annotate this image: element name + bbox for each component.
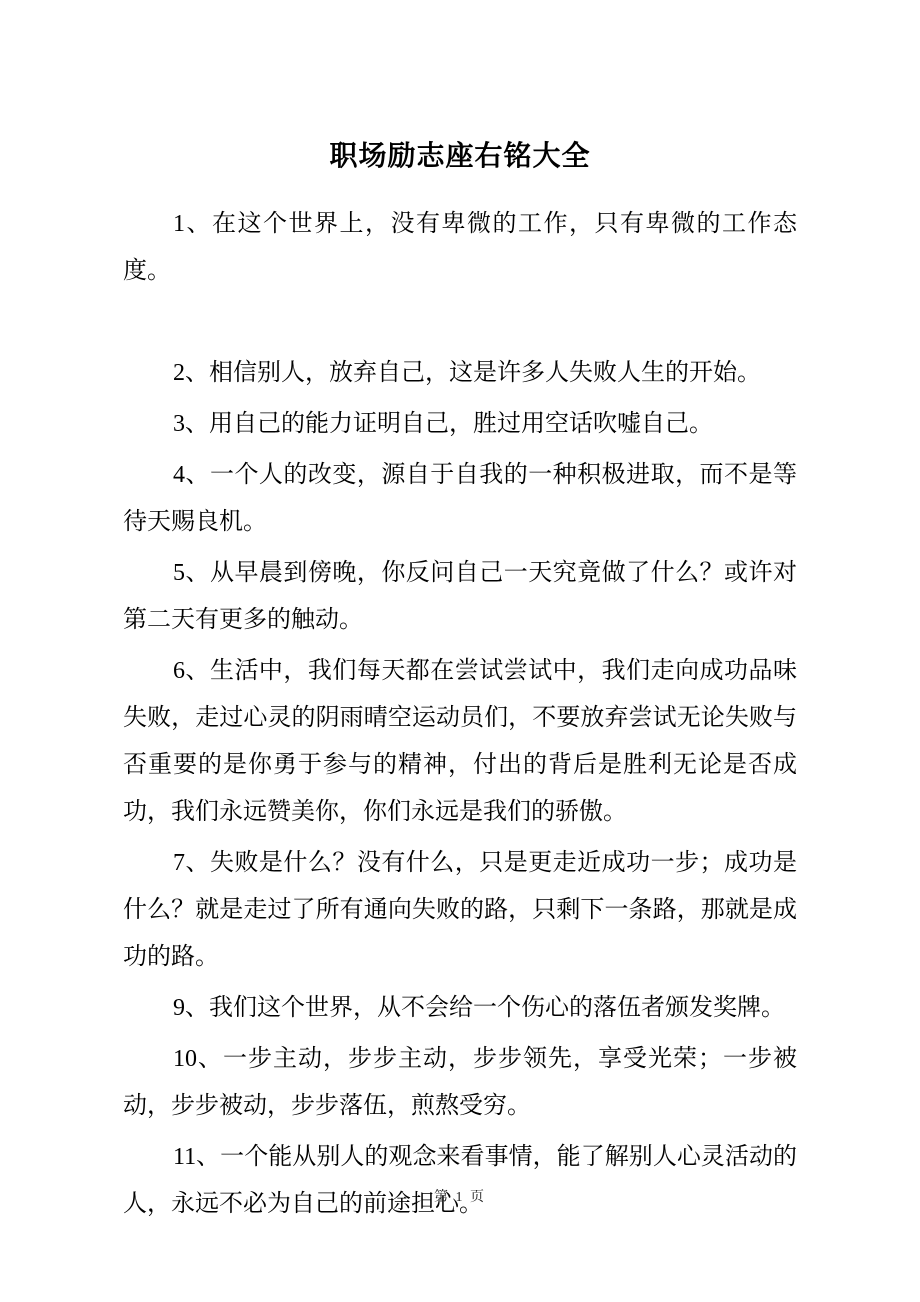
quote-paragraph: 11、一个能从别人的观念来看事情，能了解别人心灵活动的人，永远不必为自己的前途担… (123, 1134, 797, 1228)
blank-line (123, 299, 797, 346)
quote-paragraph: 10、一步主动，步步主动，步步领先，享受光荣；一步被动，步步被动，步步落伍，煎熬… (123, 1036, 797, 1130)
quote-paragraph: 4、一个人的改变，源自于自我的一种积极进取，而不是等待天赐良机。 (123, 452, 797, 546)
document-page: 职场励志座右铭大全 1、在这个世界上，没有卑微的工作，只有卑微的工作态度。 2、… (0, 0, 920, 1302)
quote-paragraph: 6、生活中，我们每天都在尝试尝试中，我们走向成功品味失败，走过心灵的阴雨晴空运动… (123, 648, 797, 836)
page-title: 职场励志座右铭大全 (123, 136, 797, 176)
page-number: 第 1 页 (434, 1190, 486, 1205)
quote-paragraph: 1、在这个世界上，没有卑微的工作，只有卑微的工作态度。 (123, 201, 797, 295)
page-footer: 第 1 页 (0, 1186, 920, 1206)
quote-paragraph: 2、相信别人，放弃自己，这是许多人失败人生的开始。 (123, 350, 797, 397)
quote-paragraph: 9、我们这个世界，从不会给一个伤心的落伍者颁发奖牌。 (123, 985, 797, 1032)
quote-paragraph: 5、从早晨到傍晚，你反问自己一天究竟做了什么？或许对第二天有更多的触动。 (123, 550, 797, 644)
quote-paragraph: 3、用自己的能力证明自己，胜过用空话吹嘘自己。 (123, 401, 797, 448)
quote-paragraph: 7、失败是什么？没有什么，只是更走近成功一步；成功是什么？就是走过了所有通向失败… (123, 840, 797, 981)
